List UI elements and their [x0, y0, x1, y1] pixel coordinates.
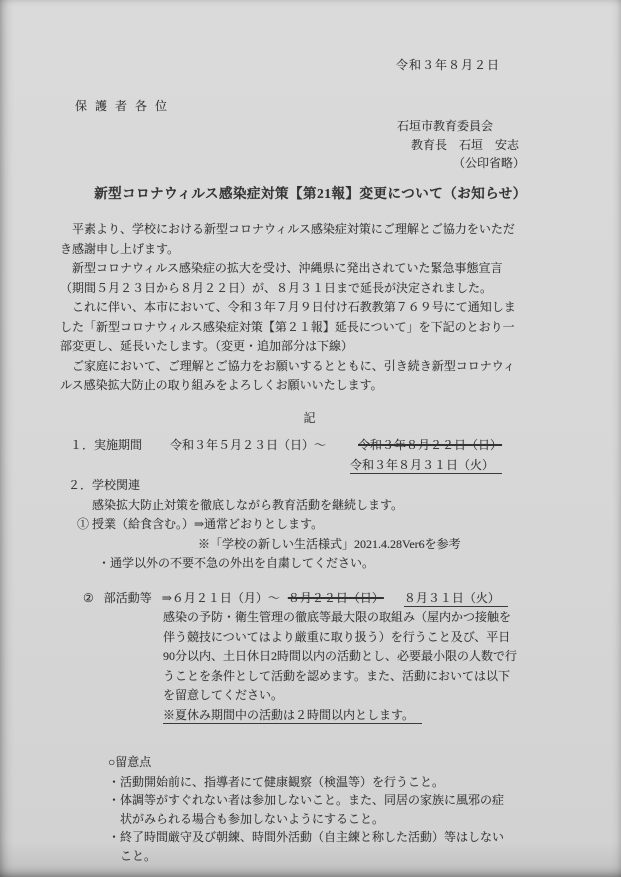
sub2-new-end-underlined: ８月３１日（火） — [404, 591, 508, 607]
sub2-summer-note-underlined: ※夏休み期間中の活動は２時間以内とします。 — [163, 706, 621, 726]
notes-heading: ○留意点 — [108, 753, 621, 773]
sub2-number: ② — [83, 591, 94, 605]
item1-period-start: 令和３年５月２３日（日）～ — [170, 438, 326, 452]
sub1-reference-note: ※「学校の新しい生活様式」2021.4.28Ver6を参考 — [198, 535, 621, 555]
sub2-club-activities-line: ②部活動等⇒６月２１日（月）～８月２２日（日）８月３１日（火） — [83, 589, 621, 609]
sender-organization: 石垣市教育委員会 — [397, 117, 621, 136]
document-title: 新型コロナウィルス感染症対策【第21報】変更について（お知らせ） — [0, 184, 621, 204]
item1-new-end-line: 令和３年８月３１日（火） — [350, 456, 621, 476]
body-paragraphs: 平素より、学校における新型コロナウィルス感染症対策にご理解とご協力をいただき感謝… — [60, 220, 522, 396]
paragraph: これに伴い、本市において、令和３年７月９日付け石教教第７６９号にて通知しました「… — [60, 298, 522, 357]
sub2-name: 部活動等 — [104, 591, 152, 605]
sub1-classes-line: ① 授業（給食含む。）⇒通常どおりとします。 — [77, 515, 621, 535]
addressee: 保護者各位 — [75, 97, 621, 117]
paragraph: 新型コロナウィルス感染症の拡大を受け、沖縄県に発出されていた緊急事態宣言（期間５… — [60, 259, 522, 298]
paragraph: ご家庭において、ご理解とご協力をお願いするとともに、引き続き新型コロナウィルス感… — [60, 357, 522, 396]
item1-old-end-strikethrough: 令和３年８月２２日（日） — [358, 438, 508, 452]
sub1-bullet: ・通学以外の不要不急の外出を自粛してください。 — [98, 554, 621, 574]
notes-bullet: ・終了時間厳守及び朝練、時間外活動（自主練と称した活動）等はしないこと。 — [108, 828, 512, 865]
item1-label: １．実施期間 — [70, 438, 142, 452]
notes-bullet: ・体調等がすぐれない者は参加しないこと。また、同居の家族に風邪の症状がみられる場… — [108, 791, 512, 828]
notes-bullet-list: ・活動開始前に、指導者にて健康観察（検温等）を行うこと。 ・体調等がすぐれない者… — [108, 773, 512, 866]
sub2-period-start: ⇒６月２１日（月）～ — [162, 591, 280, 605]
item2-label: ２．学校関連 — [68, 476, 621, 496]
item2-lead: 感染拡大防止対策を徹底しながら教育活動を継続します。 — [92, 496, 621, 516]
sender-block: 石垣市教育委員会 教育長 石垣 安志 （公印省略） — [397, 117, 621, 173]
notes-bullet: ・活動開始前に、指導者にて健康観察（検温等）を行うこと。 — [108, 773, 512, 792]
sub2-conditions-text: 感染の予防・衛生管理の徹底等最大限の取組み（屋内かつ接触を伴う競技についてはより… — [163, 608, 521, 706]
sub2-old-end-strikethrough: ８月２２日（日） — [288, 591, 390, 605]
document-date: 令和３年８月２日 — [0, 0, 621, 76]
scanned-letter-page: 令和３年８月２日 保護者各位 石垣市教育委員会 教育長 石垣 安志 （公印省略）… — [0, 0, 621, 877]
sub2-summer-note-text: ※夏休み期間中の活動は２時間以内とします。 — [163, 708, 422, 724]
sender-person: 教育長 石垣 安志 — [411, 136, 621, 155]
ki-heading: 記 — [0, 409, 621, 429]
seal-omitted-note: （公印省略） — [453, 154, 621, 173]
item1-new-end-underlined: 令和３年８月３１日（火） — [350, 458, 502, 474]
item1-period-line: １．実施期間令和３年５月２３日（日）～令和３年８月２２日（日） — [70, 436, 621, 456]
paragraph: 平素より、学校における新型コロナウィルス感染症対策にご理解とご協力をいただき感謝… — [60, 220, 522, 259]
